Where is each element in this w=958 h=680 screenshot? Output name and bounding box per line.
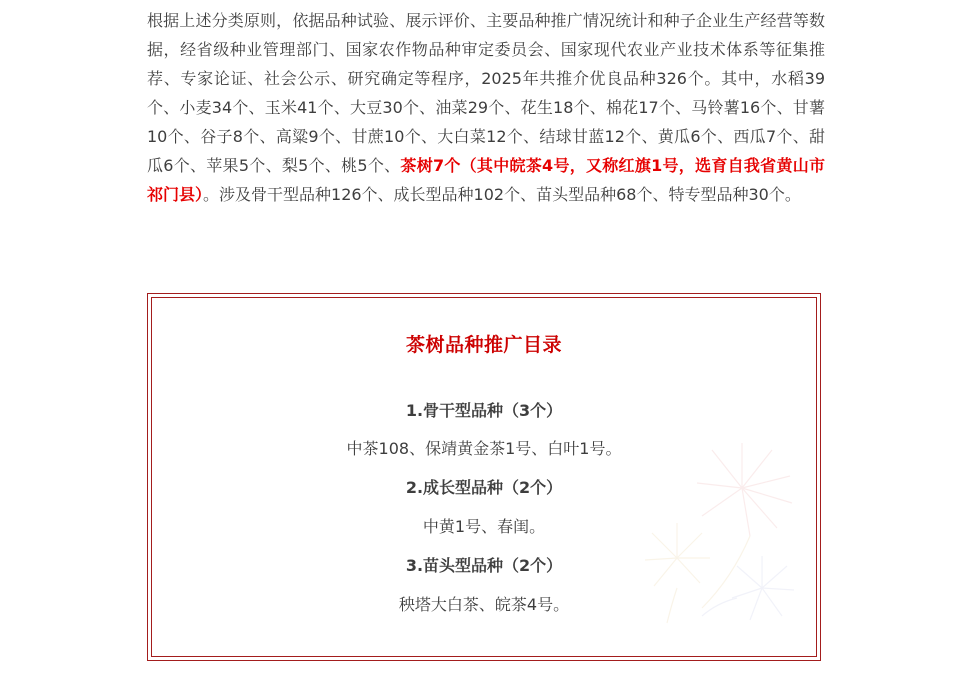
paragraph-text-before: 根据上述分类原则，依据品种试验、展示评价、主要品种推广情况统计和种子企业生产经营…	[147, 11, 825, 175]
section-heading-growth: 2.成长型品种（2个）	[152, 475, 816, 498]
paragraph-text-after: 。涉及骨干型品种126个、成长型品种102个、苗头型品种68个、特专型品种30个…	[203, 185, 801, 204]
catalog-title: 茶树品种推广目录	[152, 330, 816, 357]
section-heading-backbone: 1.骨干型品种（3个）	[152, 398, 816, 421]
catalog-box: 茶树品种推广目录 1.骨干型品种（3个） 中茶108、保靖黄金茶1号、白叶1号。…	[147, 293, 821, 661]
section-content-growth: 中黄1号、春闺。	[152, 514, 816, 537]
article: 根据上述分类原则，依据品种试验、展示评价、主要品种推广情况统计和种子企业生产经营…	[147, 6, 825, 209]
summary-paragraph: 根据上述分类原则，依据品种试验、展示评价、主要品种推广情况统计和种子企业生产经营…	[147, 6, 825, 209]
section-heading-emerging: 3.苗头型品种（2个）	[152, 553, 816, 576]
section-content-backbone: 中茶108、保靖黄金茶1号、白叶1号。	[152, 436, 816, 459]
catalog-box-inner: 茶树品种推广目录 1.骨干型品种（3个） 中茶108、保靖黄金茶1号、白叶1号。…	[151, 297, 817, 657]
section-content-emerging: 秧塔大白茶、皖茶4号。	[152, 592, 816, 615]
